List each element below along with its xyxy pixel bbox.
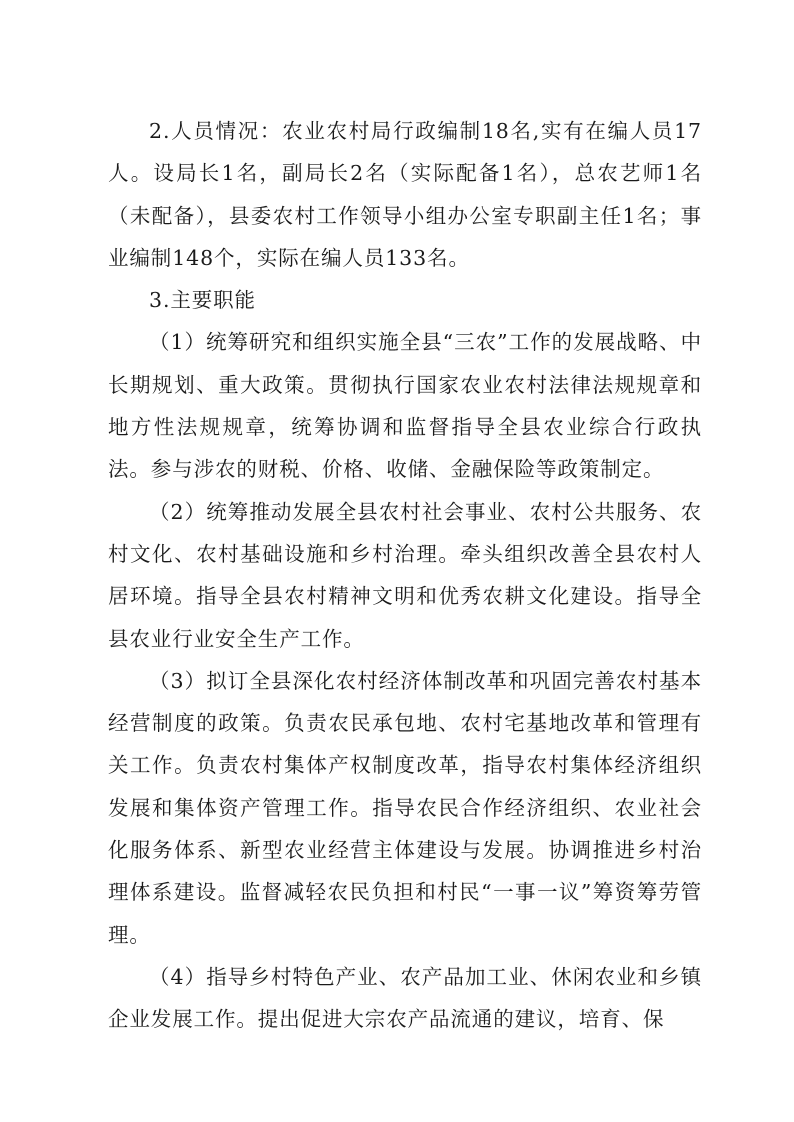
document-page: 2.人员情况：农业农村局行政编制18名,实有在编人员17人。设局长1名，副局长2… bbox=[108, 110, 702, 1041]
paragraph-function-2: （2）统筹推动发展全县农村社会事业、农村公共服务、农村文化、农村基础设施和乡村治… bbox=[108, 491, 702, 660]
heading-main-functions: 3.主要职能 bbox=[108, 279, 702, 321]
paragraph-function-3: （3）拟订全县深化农村经济体制改革和巩固完善农村基本经营制度的政策。负责农民承包… bbox=[108, 660, 702, 956]
paragraph-function-4: （4）指导乡村特色产业、农产品加工业、休闲农业和乡镇企业发展工作。提出促进大宗农… bbox=[108, 956, 702, 1041]
paragraph-function-1: （1）统筹研究和组织实施全县“三农”工作的发展战略、中长期规划、重大政策。贯彻执… bbox=[108, 321, 702, 490]
paragraph-staffing: 2.人员情况：农业农村局行政编制18名,实有在编人员17人。设局长1名，副局长2… bbox=[108, 110, 702, 279]
